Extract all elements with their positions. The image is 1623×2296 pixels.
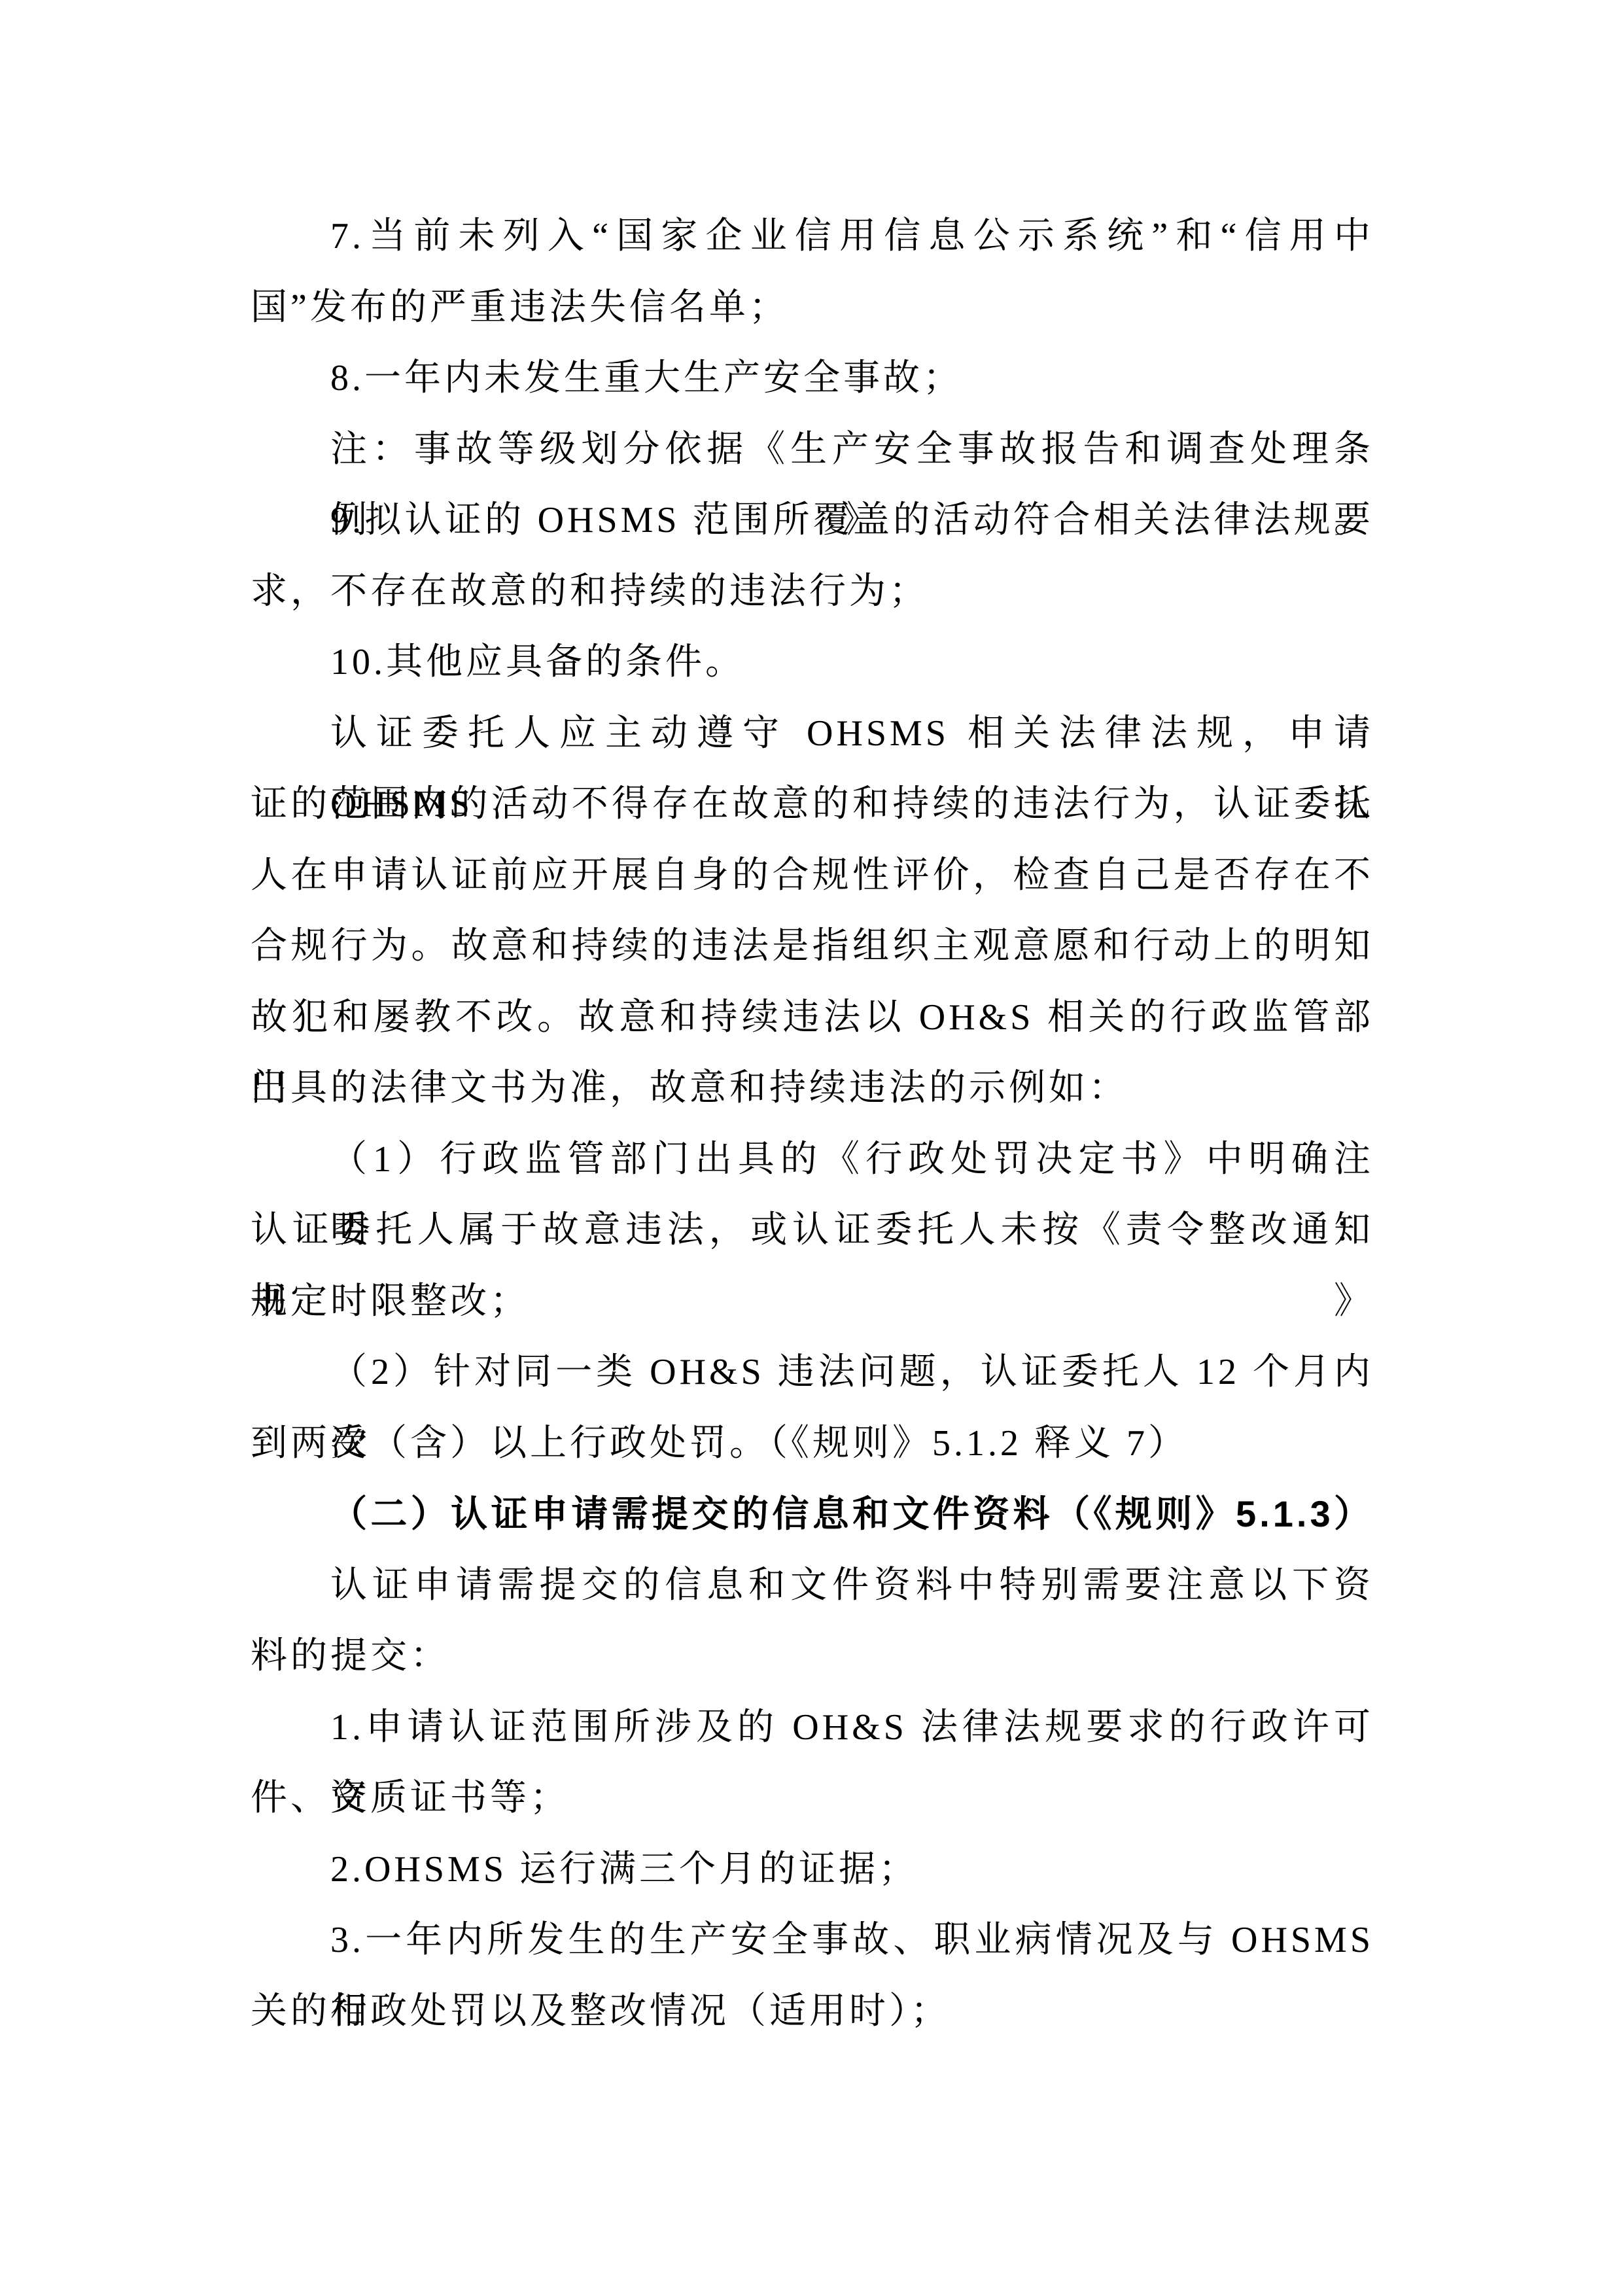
text-line-17: （2）针对同一类 OH&S 违法问题，认证委托人 12 个月内受 <box>251 1337 1374 1408</box>
text-line-13: 出具的法律文书为准，故意和持续违法的示例如： <box>251 1053 1374 1124</box>
text-line-9: 证的范围内的活动不得存在故意的和持续的违法行为，认证委托 <box>251 769 1374 840</box>
text-line-5: 9.拟认证的 OHSMS 范围所覆盖的活动符合相关法律法规要 <box>251 485 1374 556</box>
text-line-26: 关的行政处罚以及整改情况（适用时）； <box>251 1976 1374 2047</box>
text-line-23: 件、资质证书等； <box>251 1763 1374 1834</box>
document-page: 7.当前未列入“国家企业信用信息公示系统”和“信用中国”发布的严重违法失信名单；… <box>0 0 1623 2296</box>
text-line-21: 料的提交： <box>251 1621 1374 1692</box>
text-line-7: 10.其他应具备的条件。 <box>251 627 1374 698</box>
text-line-4: 注：事故等级划分依据《生产安全事故报告和调查处理条例》。 <box>251 414 1374 486</box>
text-line-2: 国”发布的严重违法失信名单； <box>251 272 1374 344</box>
text-line-15: 认证委托人属于故意违法，或认证委托人未按《责令整改通知书》 <box>251 1195 1374 1266</box>
text-line-24: 2.OHSMS 运行满三个月的证据； <box>251 1834 1374 1905</box>
text-line-18: 到两次（含）以上行政处罚。（《规则》5.1.2 释义 7） <box>251 1408 1374 1479</box>
text-line-22: 1.申请认证范围所涉及的 OH&S 法律法规要求的行政许可文 <box>251 1692 1374 1763</box>
text-line-1: 7.当前未列入“国家企业信用信息公示系统”和“信用中 <box>251 201 1374 272</box>
text-line-8: 认证委托人应主动遵守 OHSMS 相关法律法规，申请 OHSMS 认 <box>251 698 1374 769</box>
section-heading: （二）认证申请需提交的信息和文件资料（《规则》5.1.3） <box>251 1479 1374 1550</box>
document-body: 7.当前未列入“国家企业信用信息公示系统”和“信用中国”发布的严重违法失信名单；… <box>251 201 1374 2047</box>
text-line-12: 故犯和屡教不改。故意和持续违法以 OH&S 相关的行政监管部门 <box>251 982 1374 1053</box>
text-line-25: 3.一年内所发生的生产安全事故、职业病情况及与 OHSMS 相 <box>251 1905 1374 1976</box>
text-line-6: 求，不存在故意的和持续的违法行为； <box>251 556 1374 627</box>
text-line-11: 合规行为。故意和持续的违法是指组织主观意愿和行动上的明知 <box>251 911 1374 982</box>
text-line-20: 认证申请需提交的信息和文件资料中特别需要注意以下资 <box>251 1550 1374 1621</box>
text-line-14: （1）行政监管部门出具的《行政处罚决定书》中明确注明： <box>251 1124 1374 1195</box>
text-line-10: 人在申请认证前应开展自身的合规性评价，检查自己是否存在不 <box>251 840 1374 911</box>
text-line-3: 8.一年内未发生重大生产安全事故； <box>251 343 1374 414</box>
